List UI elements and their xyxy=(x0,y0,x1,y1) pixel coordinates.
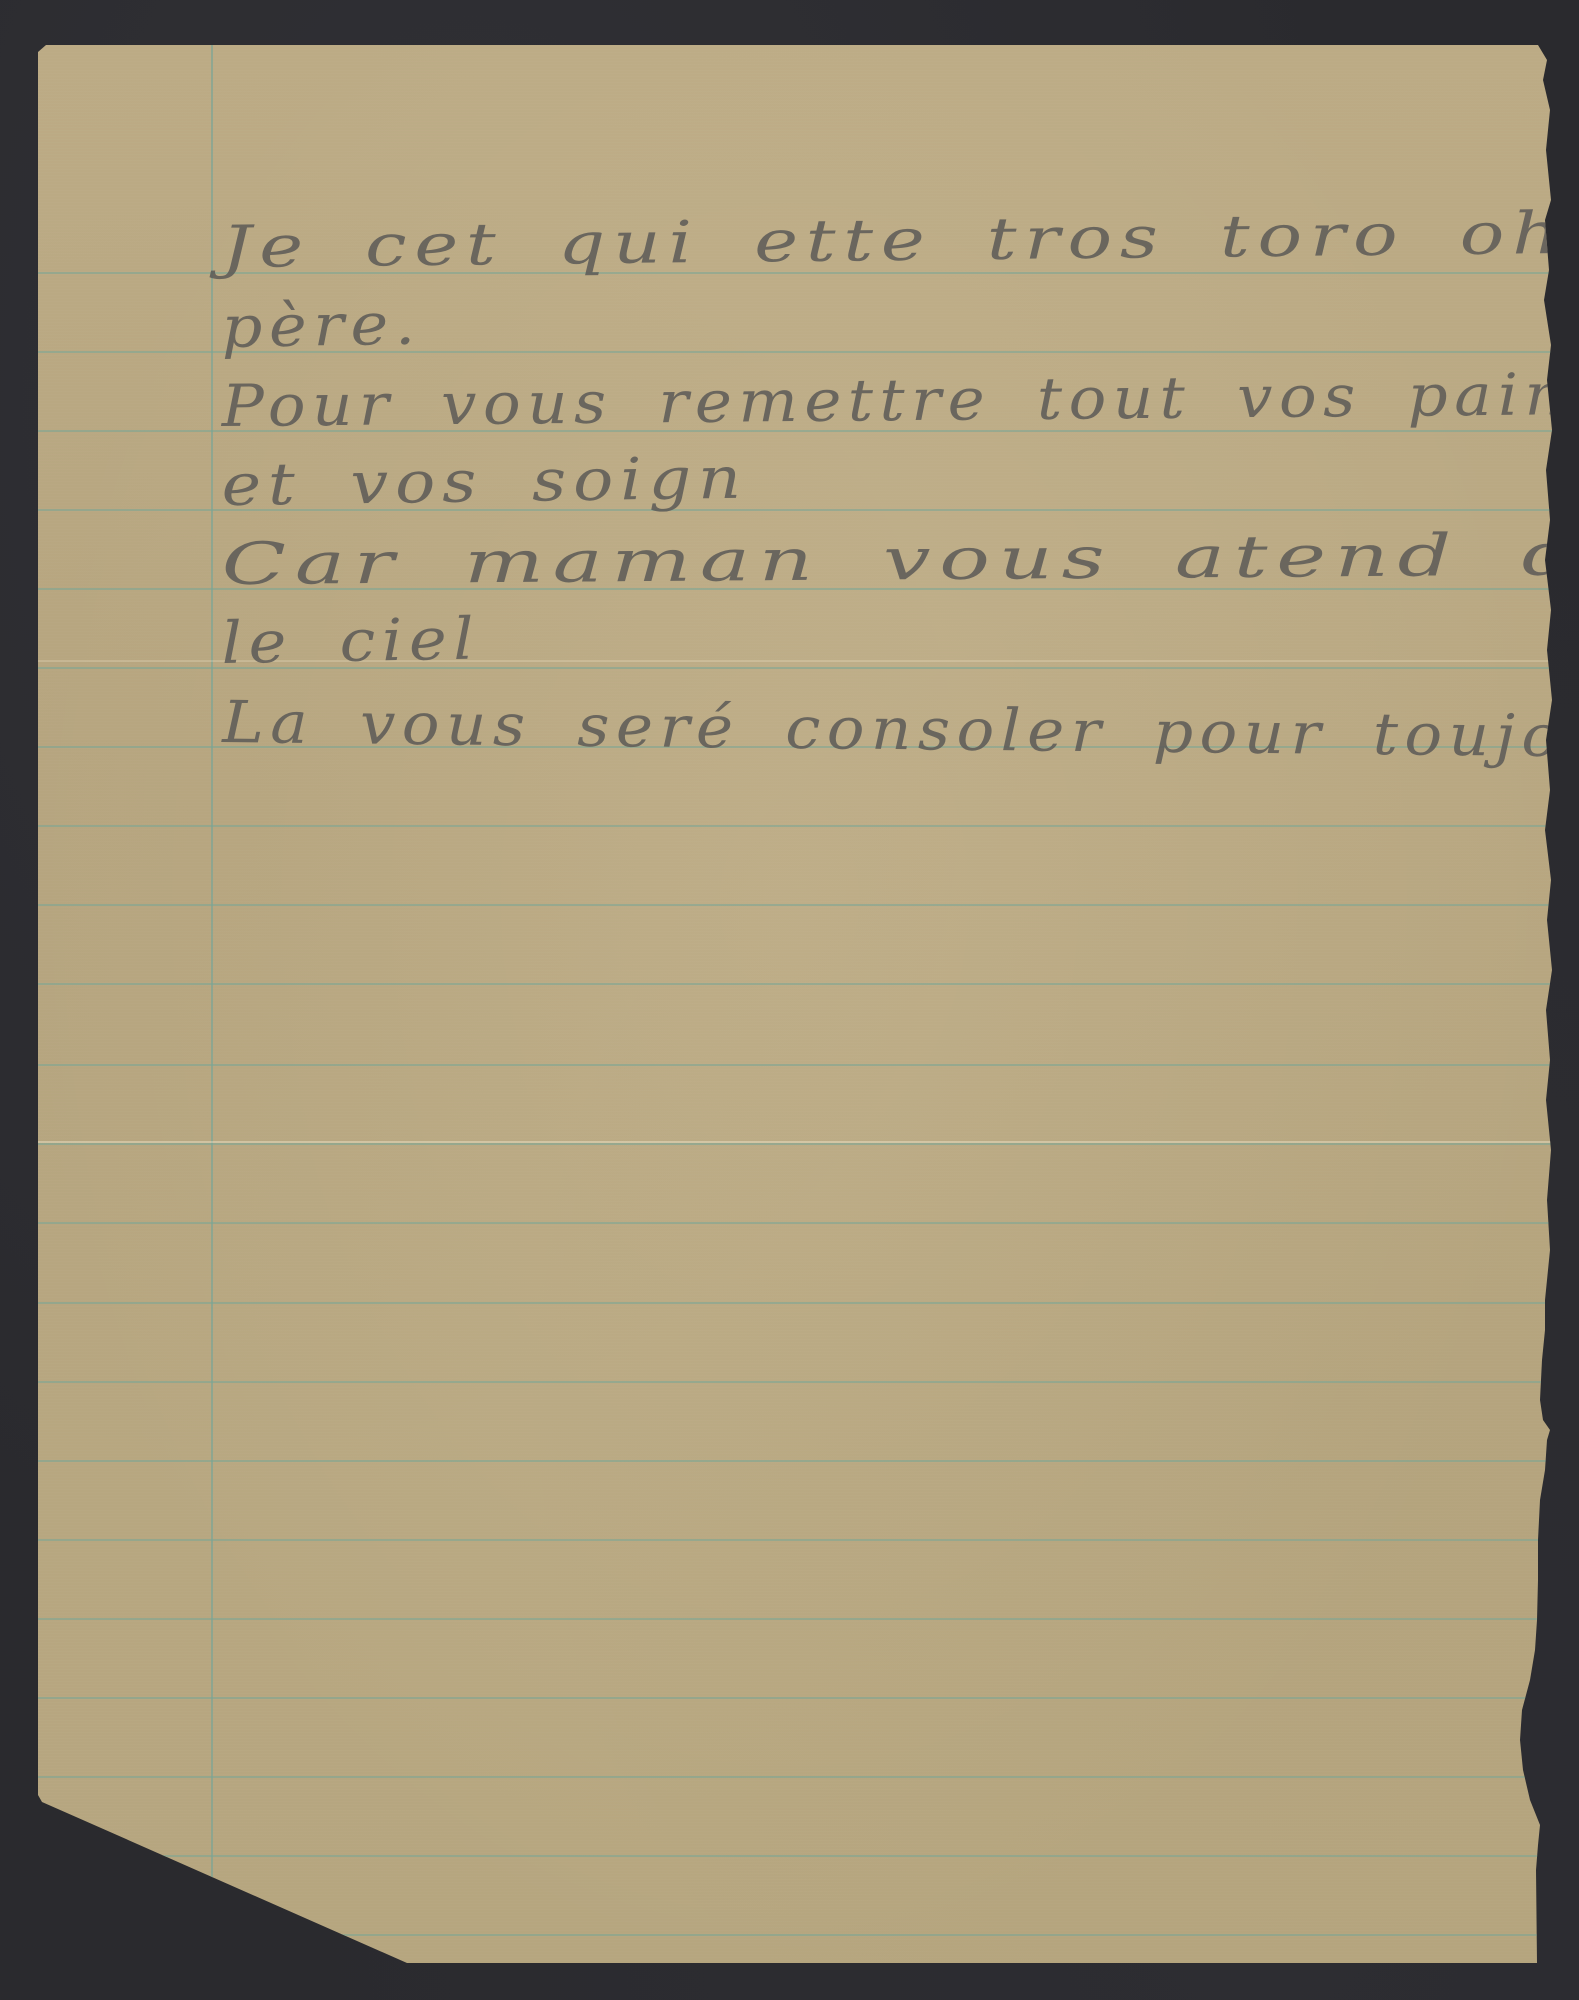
handwritten-line-3: Pour vous remettre tout vos paine xyxy=(221,365,1579,435)
handwritten-line-6: le ciel xyxy=(221,609,481,672)
ruled-line xyxy=(38,1064,1553,1066)
margin-line xyxy=(211,45,213,1965)
ruled-line xyxy=(38,1618,1553,1620)
handwritten-line-4: et vos soign xyxy=(221,449,748,514)
paper-sheet: Je cet qui ette tros toro oh mon père. P… xyxy=(0,0,1579,2000)
handwritten-line-1: Je cet qui ette tros toro oh mon xyxy=(221,201,1579,276)
fold-crease xyxy=(38,1141,1553,1143)
handwritten-line-7: La vous seré consoler pour toujours xyxy=(222,693,1579,766)
handwritten-line-2: père. xyxy=(221,295,422,356)
ruled-line xyxy=(38,983,1553,985)
ruled-line xyxy=(38,1302,1553,1304)
ruled-line xyxy=(38,1697,1553,1699)
ruled-line xyxy=(38,1381,1553,1383)
ruled-line xyxy=(38,1539,1553,1541)
ruled-line xyxy=(38,1460,1553,1462)
ruled-line xyxy=(38,904,1553,906)
ruled-line xyxy=(38,1776,1553,1778)
ruled-line xyxy=(38,825,1553,827)
ruled-line xyxy=(38,1855,1553,1857)
ruled-line xyxy=(38,1143,1553,1145)
ruled-line xyxy=(38,1222,1553,1224)
handwritten-line-5: Car maman vous atend dans xyxy=(222,524,1579,593)
